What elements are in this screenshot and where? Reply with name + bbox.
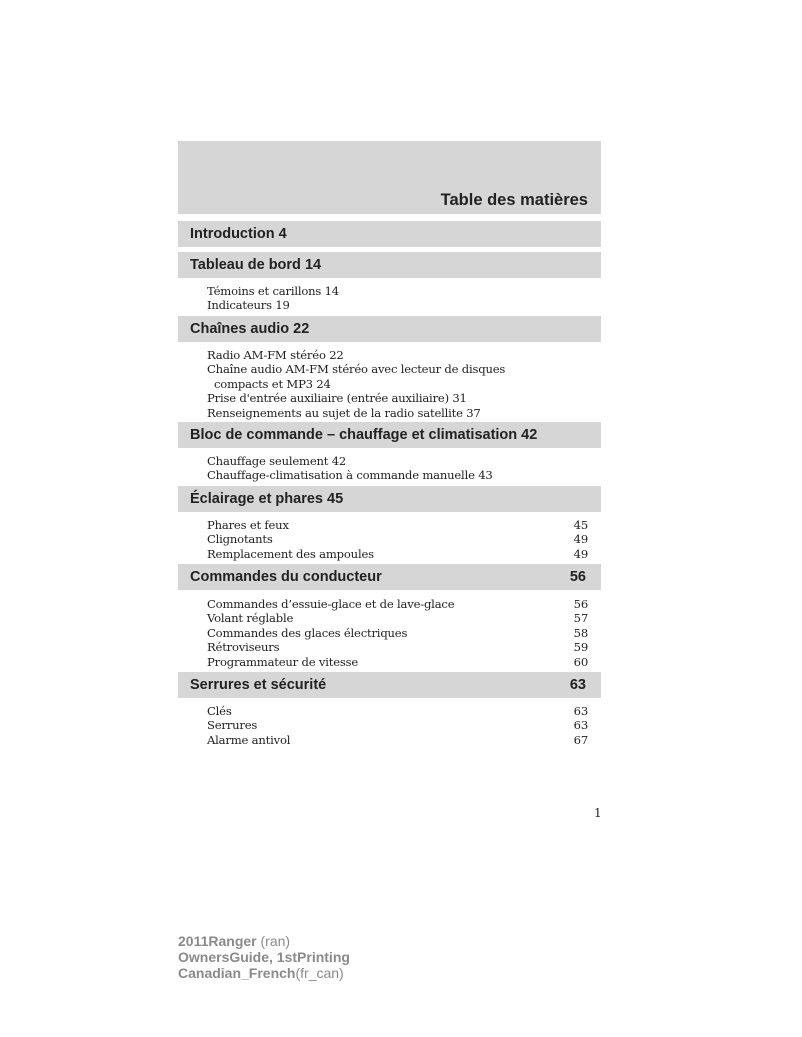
section-heading[interactable]: Commandes du conducteur56 — [178, 564, 601, 590]
section-title: Chaînes audio 22 — [190, 321, 309, 337]
entry-page-number: 58 — [574, 626, 588, 640]
toc-entry[interactable]: Volant réglable57 — [207, 611, 588, 625]
entry-title: Alarme antivol — [207, 733, 290, 747]
toc-entry[interactable]: Chauffage seulement 42 — [207, 454, 588, 468]
section-title: Éclairage et phares 45 — [190, 491, 343, 507]
header-bar: Table des matières — [178, 141, 601, 214]
entry-title: Témoins et carillons 14 — [207, 284, 339, 298]
entry-page-number: 60 — [574, 655, 588, 669]
entry-title: Rétroviseurs — [207, 640, 279, 654]
section-entries: Clés63Serrures63Alarme antivol67 — [207, 704, 588, 747]
section-entries: Témoins et carillons 14Indicateurs 19 — [207, 284, 588, 313]
section-entries: Chauffage seulement 42Chauffage-climatis… — [207, 454, 588, 483]
section-page-number: 56 — [570, 564, 586, 590]
section-heading[interactable]: Tableau de bord 14 — [178, 252, 601, 278]
footer-line-1: 2011Ranger (ran) — [178, 933, 350, 949]
toc-entry[interactable]: Chauffage-climatisation à commande manue… — [207, 468, 588, 482]
toc-entry[interactable]: Renseignements au sujet de la radio sate… — [207, 406, 588, 420]
toc-entry[interactable]: Serrures63 — [207, 718, 588, 732]
entry-page-number: 45 — [574, 518, 588, 532]
page-number: 1 — [594, 806, 602, 820]
entry-title: Volant réglable — [207, 611, 293, 625]
toc-entry[interactable]: Témoins et carillons 14 — [207, 284, 588, 298]
entry-page-number: 63 — [574, 718, 588, 732]
entry-title: Indicateurs 19 — [207, 298, 290, 312]
toc-entry[interactable]: Alarme antivol67 — [207, 733, 588, 747]
footer-line-2: OwnersGuide, 1stPrinting — [178, 949, 350, 965]
section-title: Tableau de bord 14 — [190, 257, 321, 273]
footer: 2011Ranger (ran) OwnersGuide, 1stPrintin… — [178, 933, 350, 981]
toc-entry[interactable]: Clés63 — [207, 704, 588, 718]
footer-language-code: (fr_can) — [295, 965, 343, 981]
toc-entry[interactable]: Indicateurs 19 — [207, 298, 588, 312]
entry-title: Renseignements au sujet de la radio sate… — [207, 406, 481, 420]
entry-title: Commandes des glaces électriques — [207, 626, 407, 640]
section-heading[interactable]: Introduction 4 — [178, 221, 601, 247]
toc-entry[interactable]: Radio AM-FM stéréo 22 — [207, 348, 588, 362]
entry-title: Chaîne audio AM-FM stéréo avec lecteur d… — [207, 362, 505, 376]
section-heading[interactable]: Éclairage et phares 45 — [178, 486, 601, 512]
footer-model-code: (ran) — [257, 933, 290, 949]
section-title: Bloc de commande – chauffage et climatis… — [190, 427, 537, 443]
footer-language: Canadian_French — [178, 965, 295, 981]
entry-page-number: 49 — [574, 547, 588, 561]
footer-line-3: Canadian_French(fr_can) — [178, 965, 350, 981]
section-entries: Radio AM-FM stéréo 22Chaîne audio AM-FM … — [207, 348, 588, 420]
toc-entry[interactable]: Commandes d’essuie-glace et de lave-glac… — [207, 597, 588, 611]
section-heading[interactable]: Bloc de commande – chauffage et climatis… — [178, 422, 601, 448]
entry-title: Remplacement des ampoules — [207, 547, 374, 561]
entry-page-number: 57 — [574, 611, 588, 625]
entry-title: Phares et feux — [207, 518, 289, 532]
toc-entry[interactable]: Prise d'entrée auxiliaire (entrée auxili… — [207, 391, 588, 405]
entry-title: Commandes d’essuie-glace et de lave-glac… — [207, 597, 454, 611]
entry-title: Radio AM-FM stéréo 22 — [207, 348, 344, 362]
footer-model: 2011Ranger — [178, 933, 257, 949]
section-heading[interactable]: Chaînes audio 22 — [178, 316, 601, 342]
section-entries: Phares et feux45Clignotants49Remplacemen… — [207, 518, 588, 561]
entry-title: Chauffage seulement 42 — [207, 454, 346, 468]
toc-entry[interactable]: Commandes des glaces électriques58 — [207, 626, 588, 640]
section-heading[interactable]: Serrures et sécurité63 — [178, 672, 601, 698]
entry-title: Clés — [207, 704, 232, 718]
entry-title: Serrures — [207, 718, 257, 732]
toc-entry[interactable]: Clignotants49 — [207, 532, 588, 546]
section-title: Commandes du conducteur — [190, 569, 382, 585]
section-page-number: 63 — [570, 672, 586, 698]
document-page: Table des matières Introduction 4Tableau… — [0, 0, 802, 1037]
toc-entry[interactable]: Programmateur de vitesse60 — [207, 655, 588, 669]
toc-entry[interactable]: Rétroviseurs59 — [207, 640, 588, 654]
entry-page-number: 59 — [574, 640, 588, 654]
footer-printing: OwnersGuide, 1stPrinting — [178, 949, 350, 965]
entry-page-number: 49 — [574, 532, 588, 546]
page-title: Table des matières — [441, 191, 588, 210]
entry-title: Prise d'entrée auxiliaire (entrée auxili… — [207, 391, 467, 405]
entry-page-number: 56 — [574, 597, 588, 611]
entry-title: Clignotants — [207, 532, 273, 546]
entry-page-number: 67 — [574, 733, 588, 747]
entry-page-number: 63 — [574, 704, 588, 718]
section-entries: Commandes d’essuie-glace et de lave-glac… — [207, 597, 588, 669]
toc-entry[interactable]: Remplacement des ampoules49 — [207, 547, 588, 561]
toc-entry[interactable]: compacts et MP3 24 — [207, 377, 588, 391]
entry-title: Chauffage-climatisation à commande manue… — [207, 468, 493, 482]
section-title: Introduction 4 — [190, 226, 287, 242]
toc-entry[interactable]: Chaîne audio AM-FM stéréo avec lecteur d… — [207, 362, 588, 376]
entry-title: Programmateur de vitesse — [207, 655, 358, 669]
toc-entry[interactable]: Phares et feux45 — [207, 518, 588, 532]
section-title: Serrures et sécurité — [190, 677, 326, 693]
entry-title: compacts et MP3 24 — [214, 377, 331, 391]
